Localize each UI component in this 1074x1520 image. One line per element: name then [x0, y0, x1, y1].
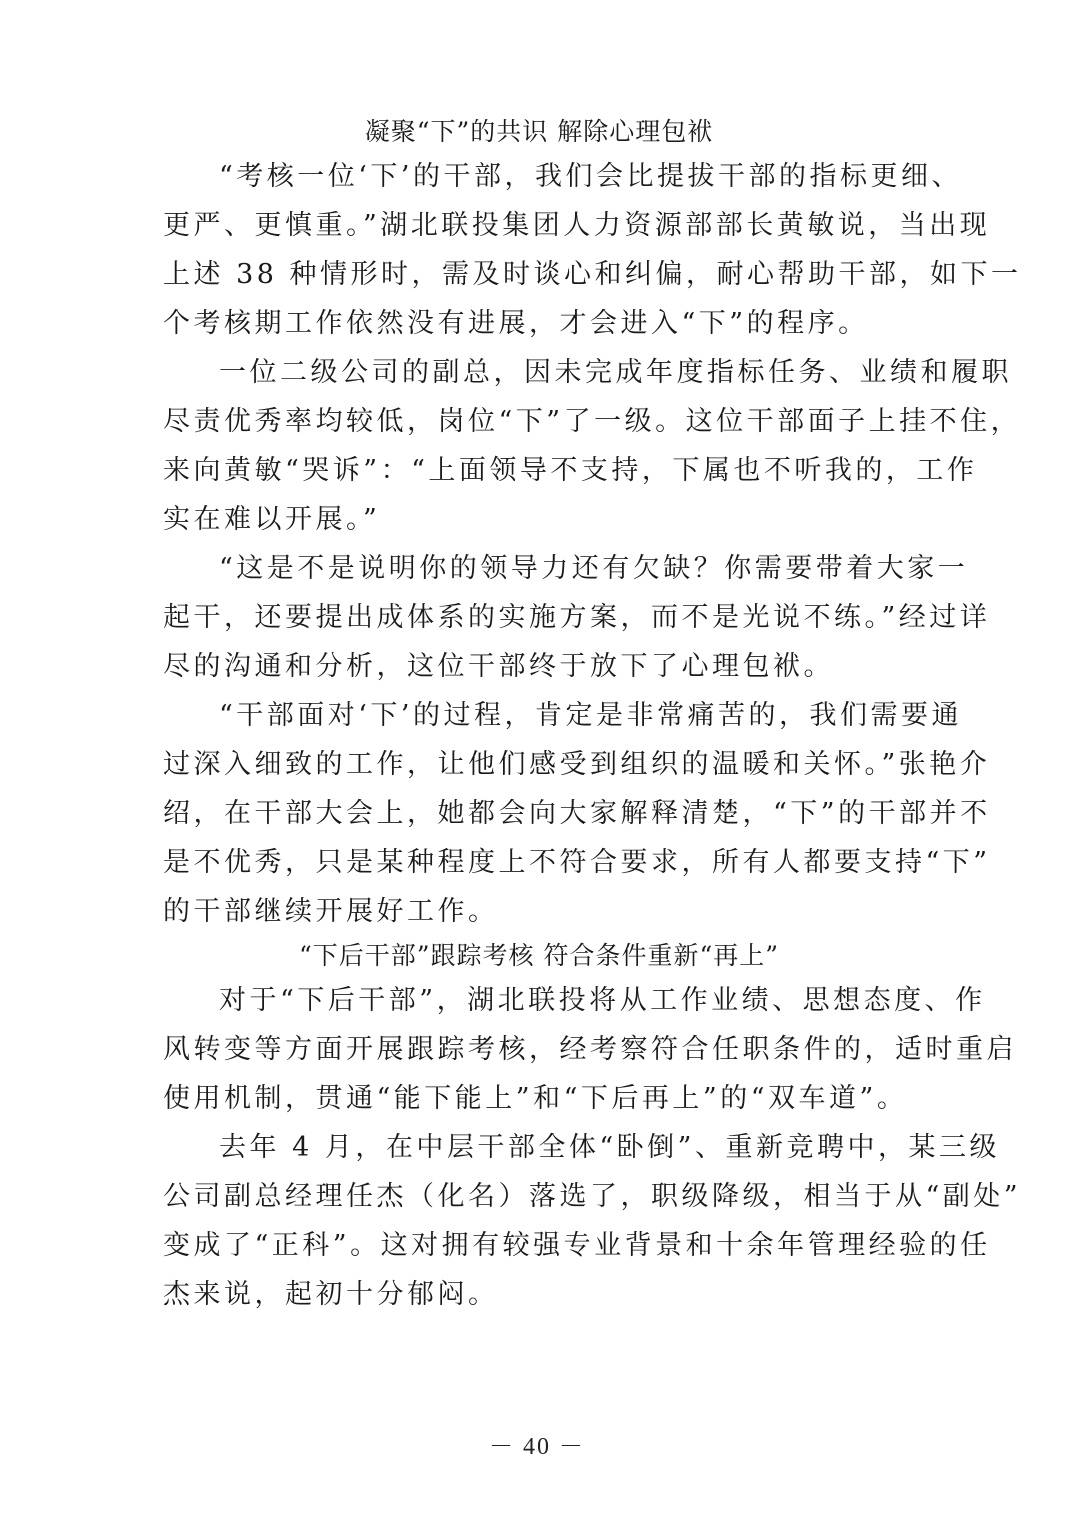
paragraph-line: 的干部继续开展好工作。: [163, 887, 915, 936]
paragraph-line: 去年 4 月，在中层干部全体“卧倒”、重新竞聘中，某三级: [163, 1123, 915, 1172]
paragraph-1: “考核一位‘下’的干部，我们会比提拔干部的指标更细、 更严、更慎重。”湖北联投集…: [163, 152, 915, 348]
paragraph-5: 对于“下后干部”，湖北联投将从工作业绩、思想态度、作 风转变等方面开展跟踪考核，…: [163, 976, 915, 1123]
paragraph-line: “这是不是说明你的领导力还有欠缺？你需要带着大家一: [163, 544, 915, 593]
paragraph-line: 实在难以开展。”: [163, 495, 915, 544]
section-heading-2: “下后干部”跟踪考核 符合条件重新“再上”: [163, 936, 915, 976]
paragraph-line: 一位二级公司的副总，因未完成年度指标任务、业绩和履职: [163, 348, 915, 397]
paragraph-line: 绍，在干部大会上，她都会向大家解释清楚，“下”的干部并不: [163, 789, 915, 838]
paragraph-line: “干部面对‘下’的过程，肯定是非常痛苦的，我们需要通: [163, 691, 915, 740]
paragraph-line: 个考核期工作依然没有进展，才会进入“下”的程序。: [163, 299, 915, 348]
paragraph-3: “这是不是说明你的领导力还有欠缺？你需要带着大家一 起干，还要提出成体系的实施方…: [163, 544, 915, 691]
paragraph-line: “考核一位‘下’的干部，我们会比提拔干部的指标更细、: [163, 152, 915, 201]
paragraph-line: 对于“下后干部”，湖北联投将从工作业绩、思想态度、作: [163, 976, 915, 1025]
paragraph-line: 使用机制，贯通“能下能上”和“下后再上”的“双车道”。: [163, 1074, 915, 1123]
paragraph-line: 是不优秀，只是某种程度上不符合要求，所有人都要支持“下”: [163, 838, 915, 887]
paragraph-6: 去年 4 月，在中层干部全体“卧倒”、重新竞聘中，某三级 公司副总经理任杰（化名…: [163, 1123, 915, 1319]
paragraph-line: 尽的沟通和分析，这位干部终于放下了心理包袱。: [163, 642, 915, 691]
paragraph-line: 尽责优秀率均较低，岗位“下”了一级。这位干部面子上挂不住，: [163, 397, 915, 446]
paragraph-line: 更严、更慎重。”湖北联投集团人力资源部部长黄敏说，当出现: [163, 201, 915, 250]
paragraph-line: 来向黄敏“哭诉”：“上面领导不支持，下属也不听我的，工作: [163, 446, 915, 495]
section-heading-1: 凝聚“下”的共识 解除心理包袱: [163, 112, 915, 152]
page-number: － 40 －: [0, 1426, 1074, 1461]
document-page: 凝聚“下”的共识 解除心理包袱 “考核一位‘下’的干部，我们会比提拔干部的指标更…: [163, 112, 915, 1319]
paragraph-line: 杰来说，起初十分郁闷。: [163, 1270, 915, 1319]
paragraph-4: “干部面对‘下’的过程，肯定是非常痛苦的，我们需要通 过深入细致的工作，让他们感…: [163, 691, 915, 936]
paragraph-2: 一位二级公司的副总，因未完成年度指标任务、业绩和履职 尽责优秀率均较低，岗位“下…: [163, 348, 915, 544]
paragraph-line: 变成了“正科”。这对拥有较强专业背景和十余年管理经验的任: [163, 1221, 915, 1270]
paragraph-line: 公司副总经理任杰（化名）落选了，职级降级，相当于从“副处”: [163, 1172, 915, 1221]
paragraph-line: 起干，还要提出成体系的实施方案，而不是光说不练。”经过详: [163, 593, 915, 642]
paragraph-line: 过深入细致的工作，让他们感受到组织的温暖和关怀。”张艳介: [163, 740, 915, 789]
paragraph-line: 上述 38 种情形时，需及时谈心和纠偏，耐心帮助干部，如下一: [163, 250, 915, 299]
paragraph-line: 风转变等方面开展跟踪考核，经考察符合任职条件的，适时重启: [163, 1025, 915, 1074]
